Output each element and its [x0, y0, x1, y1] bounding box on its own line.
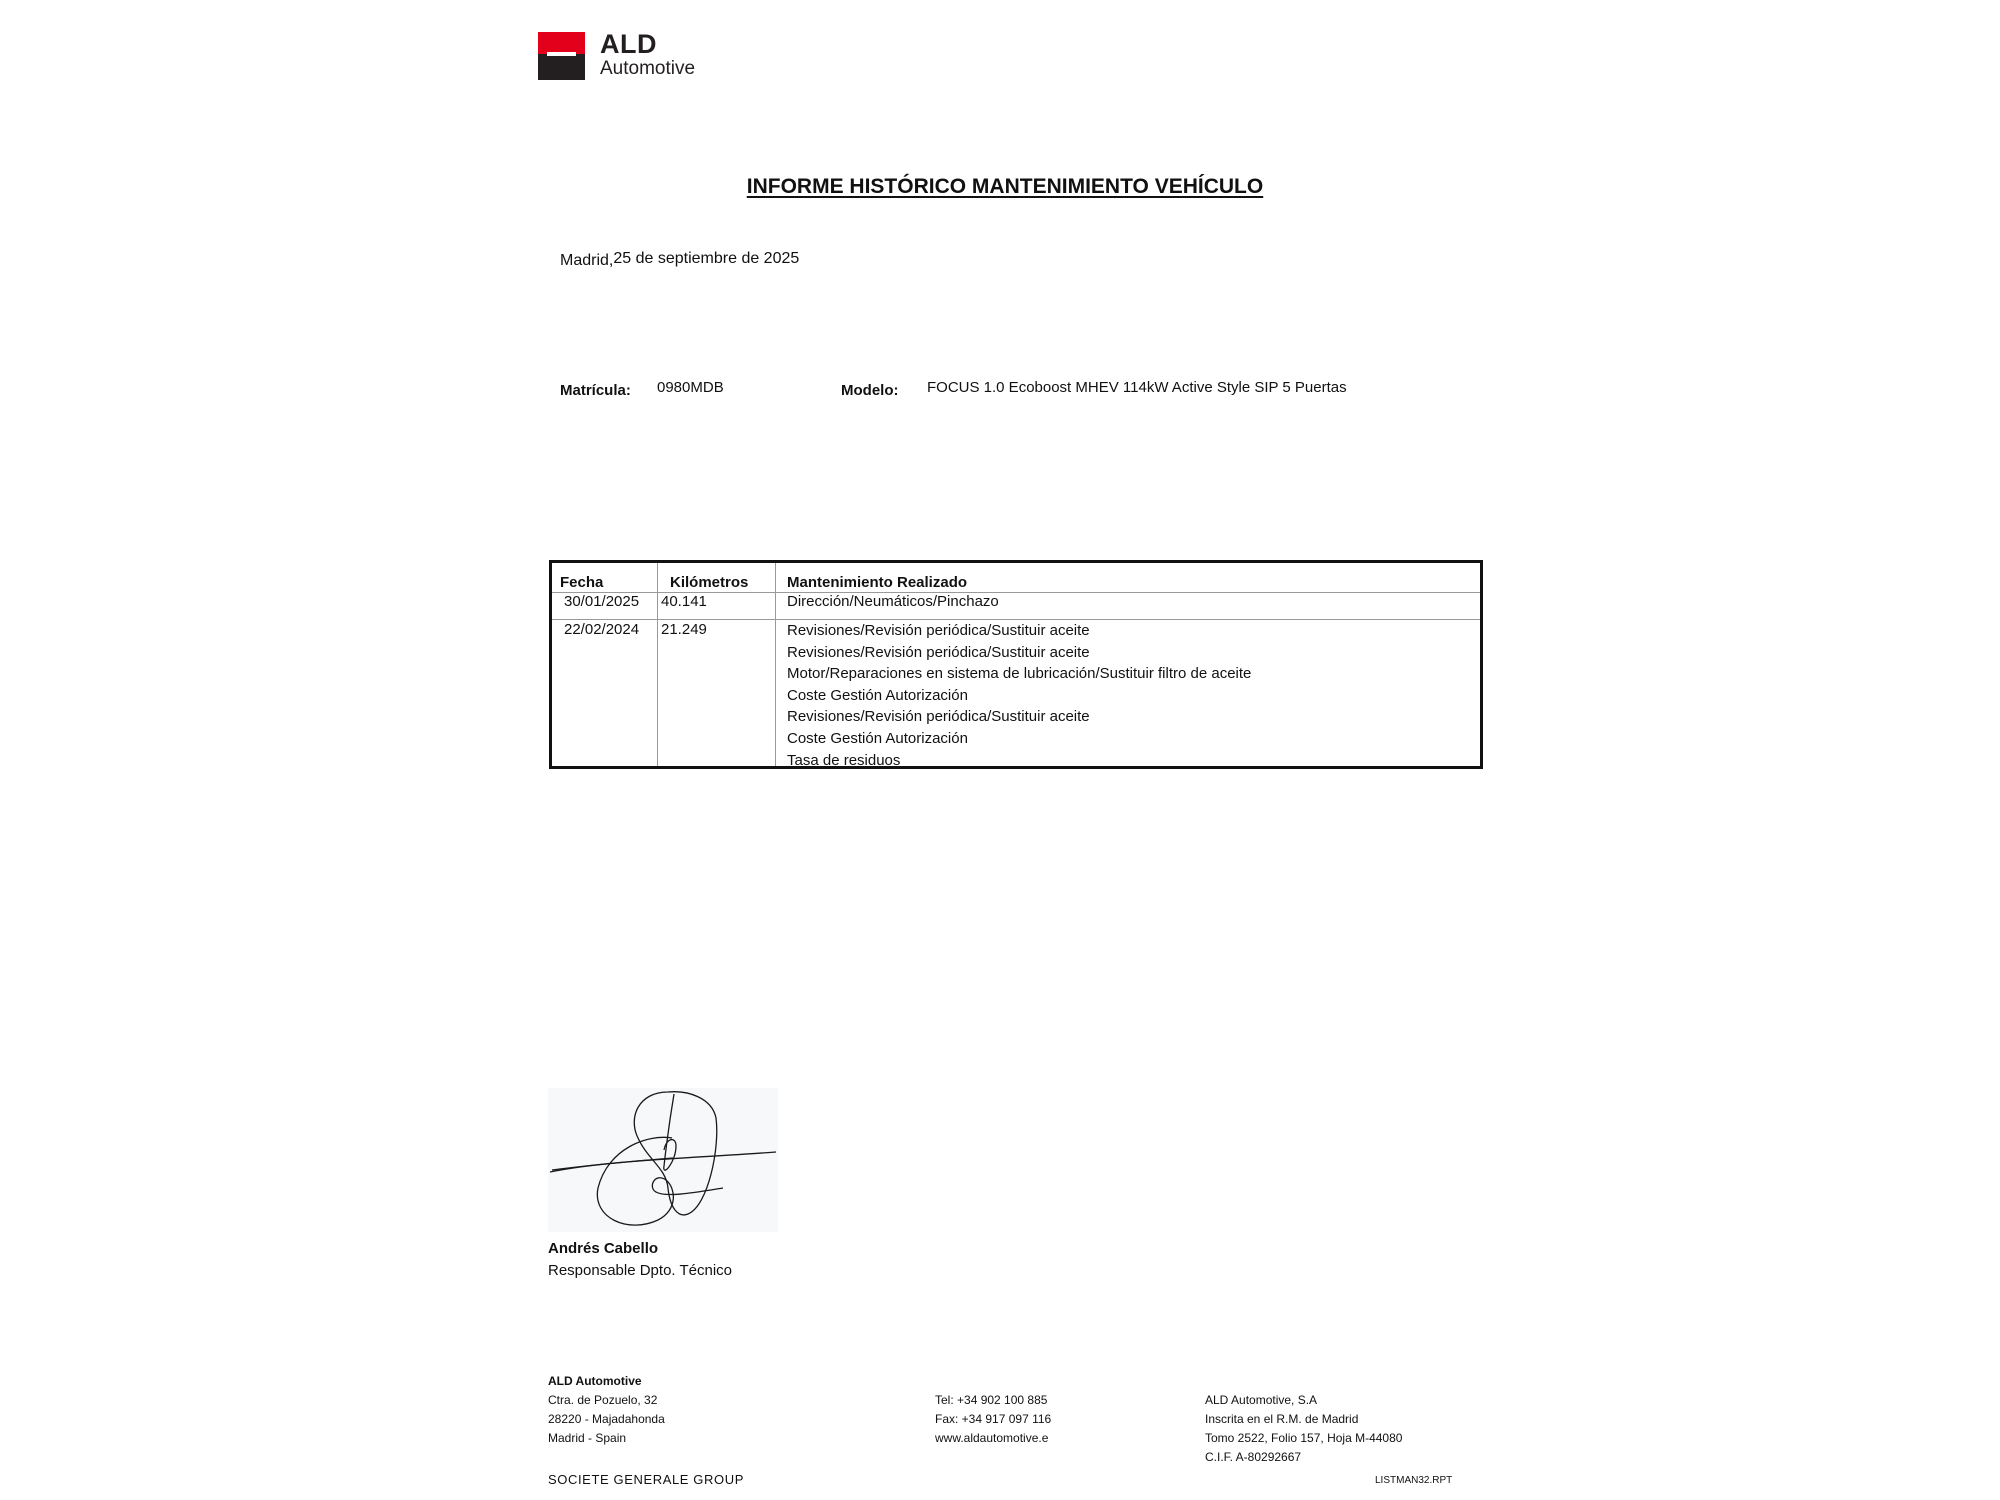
signatory-name: Andrés Cabello [548, 1240, 658, 1257]
place: Madrid, [560, 252, 613, 269]
list-item: Coste Gestión Autorización [787, 685, 1251, 707]
footer-address: Ctra. de Pozuelo, 32 28220 - Majadahonda… [548, 1391, 665, 1448]
page-title: INFORME HISTÓRICO MANTENIMIENTO VEHÍCULO [0, 175, 2000, 199]
legal-line: Inscrita en el R.M. de Madrid [1205, 1410, 1402, 1429]
header-mantenimiento: Mantenimiento Realizado [787, 574, 967, 591]
list-item: Revisiones/Revisión periódica/Sustituir … [787, 642, 1251, 664]
header-fecha: Fecha [560, 574, 603, 591]
list-item: Motor/Reparaciones en sistema de lubrica… [787, 663, 1251, 685]
societe-generale-square-icon [538, 32, 585, 80]
column-divider [775, 563, 776, 766]
footer-legal: ALD Automotive, S.A Inscrita en el R.M. … [1205, 1391, 1402, 1467]
footer-contact: Tel: +34 902 100 885 Fax: +34 917 097 11… [935, 1391, 1051, 1448]
plate-value: 0980MDB [657, 379, 724, 396]
signatory-role: Responsable Dpto. Técnico [548, 1262, 732, 1279]
legal-line: ALD Automotive, S.A [1205, 1391, 1402, 1410]
logo-brand-line2: Automotive [600, 58, 695, 80]
logo-brand-line1: ALD [600, 29, 657, 60]
table-row-2-date: 22/02/2024 [564, 619, 639, 641]
ald-automotive-logo: ALD Automotive [538, 32, 718, 82]
fax: Fax: +34 917 097 116 [935, 1410, 1051, 1429]
signature-scribble-icon [548, 1088, 778, 1232]
legal-line: Tomo 2522, Folio 157, Hoja M-44080 [1205, 1429, 1402, 1448]
place-date: Madrid,25 de septiembre de 2025 [560, 250, 799, 268]
date: 25 de septiembre de 2025 [613, 250, 799, 267]
address-line: 28220 - Majadahonda [548, 1410, 665, 1429]
list-item: Revisiones/Revisión periódica/Sustituir … [787, 706, 1251, 728]
footer-company-heading: ALD Automotive [548, 1372, 642, 1391]
address-line: Madrid - Spain [548, 1429, 665, 1448]
table-row-1-date: 30/01/2025 [564, 591, 639, 613]
table-row-1-km: 40.141 [661, 591, 707, 613]
list-item: Revisiones/Revisión periódica/Sustituir … [787, 620, 1251, 642]
table-row-2-items: Revisiones/Revisión periódica/Sustituir … [787, 620, 1251, 771]
table-row-1-item: Dirección/Neumáticos/Pinchazo [787, 591, 999, 613]
list-item: Coste Gestión Autorización [787, 728, 1251, 750]
maintenance-table: Fecha Kilómetros Mantenimiento Realizado… [549, 560, 1483, 769]
column-divider [657, 563, 658, 766]
plate-label: Matrícula: [560, 382, 631, 399]
signature-image [548, 1088, 778, 1232]
phone: Tel: +34 902 100 885 [935, 1391, 1051, 1410]
list-item: Tasa de residuos [787, 750, 1251, 772]
model-value: FOCUS 1.0 Ecoboost MHEV 114kW Active Sty… [927, 379, 1347, 396]
address-line: Ctra. de Pozuelo, 32 [548, 1391, 665, 1410]
table-row-2-km: 21.249 [661, 619, 707, 641]
website-link[interactable]: www.aldautomotive.e [935, 1429, 1051, 1448]
report-code: LISTMAN32.RPT [1375, 1475, 1452, 1486]
group-tagline: SOCIETE GENERALE GROUP [548, 1472, 744, 1487]
legal-line: C.I.F. A-80292667 [1205, 1448, 1402, 1467]
model-label: Modelo: [841, 382, 899, 399]
header-kilometros: Kilómetros [670, 574, 748, 591]
